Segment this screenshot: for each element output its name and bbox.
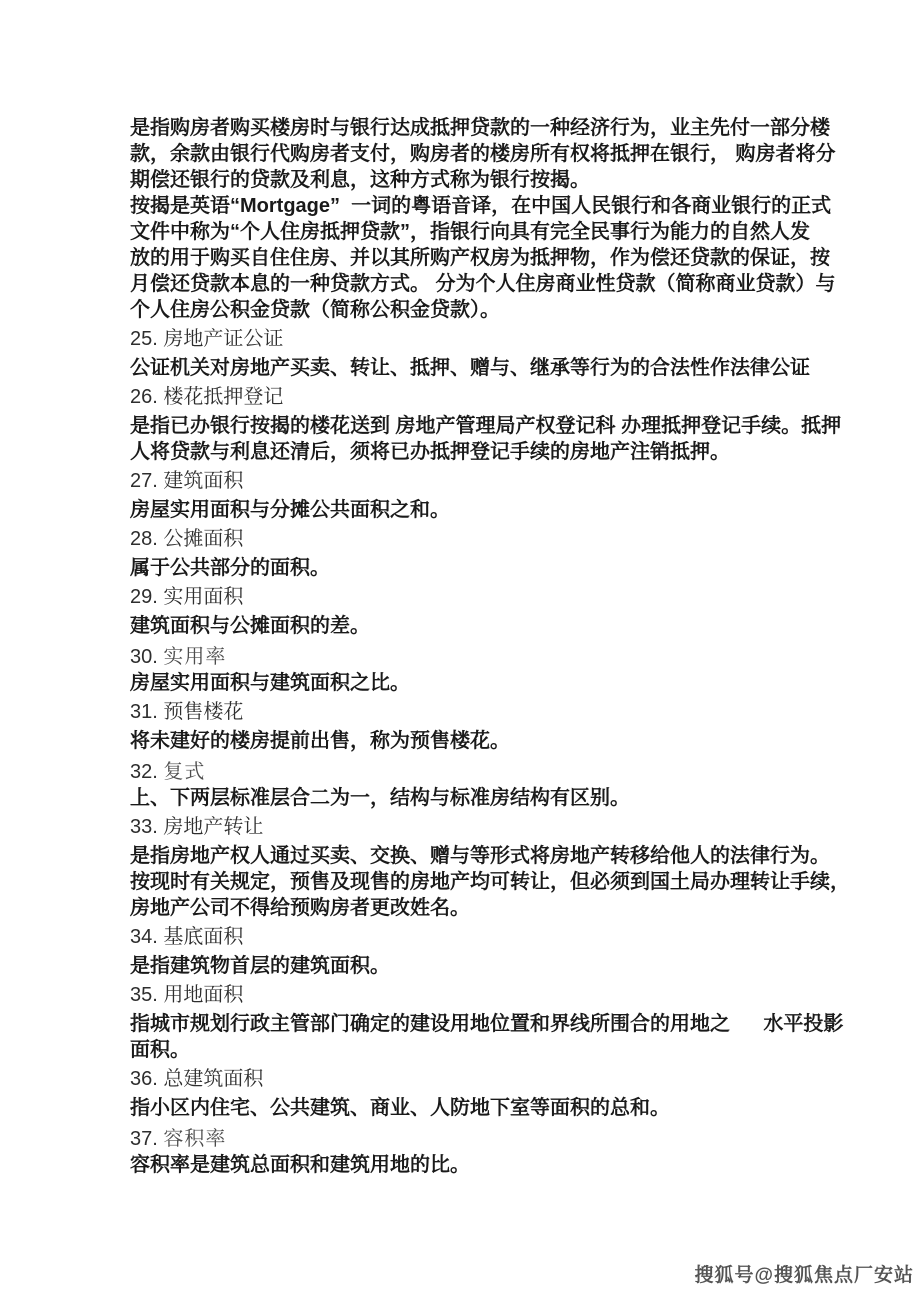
term-section-35: 35. 用地面积 指城市规划行政主管部门确定的建设用地位置和界线所围合的用地之 … [130,982,830,1063]
document-content: 是指购房者购买楼房时与银行达成抵押贷款的一种经济行为，业主先付一部分楼 款，余款… [130,115,830,1178]
term-number: 32. [130,761,158,783]
term-name: 预售楼花 [163,701,243,723]
term-heading: 30. 实用率 [130,644,830,670]
term-number: 27. [130,470,158,492]
term-section-31: 31. 预售楼花 将未建好的楼房提前出售，称为预售楼花。 [130,699,830,754]
term-name: 容积率 [163,1128,226,1150]
term-heading: 36. 总建筑面积 [130,1066,830,1092]
intro-paragraph: 是指购房者购买楼房时与银行达成抵押贷款的一种经济行为，业主先付一部分楼 款，余款… [130,115,830,323]
term-name: 房地产证公证 [163,328,283,350]
term-definition: 是指建筑物首层的建筑面积。 [130,953,830,979]
term-definition: 是指房地产权人通过买卖、交换、赠与等形式将房地产转移给他人的法律行为。 按现时有… [130,843,830,921]
term-definition: 房屋实用面积与建筑面积之比。 [130,670,830,696]
term-name: 用地面积 [163,984,243,1006]
term-definition: 指小区内住宅、公共建筑、商业、人防地下室等面积的总和。 [130,1095,830,1121]
term-heading: 27. 建筑面积 [130,468,830,494]
term-number: 31. [130,701,158,723]
term-number: 33. [130,816,158,838]
term-heading: 33. 房地产转让 [130,814,830,840]
term-name: 公摊面积 [163,528,243,550]
term-heading: 34. 基底面积 [130,924,830,950]
term-heading: 26. 楼花抵押登记 [130,384,830,410]
term-section-28: 28. 公摊面积 属于公共部分的面积。 [130,526,830,581]
term-section-34: 34. 基底面积 是指建筑物首层的建筑面积。 [130,924,830,979]
term-section-29: 29. 实用面积 建筑面积与公摊面积的差。 [130,584,830,639]
term-heading: 35. 用地面积 [130,982,830,1008]
term-definition: 指城市规划行政主管部门确定的建设用地位置和界线所围合的用地之 水平投影 面积。 [130,1011,830,1063]
term-name: 楼花抵押登记 [163,386,283,408]
term-section-36: 36. 总建筑面积 指小区内住宅、公共建筑、商业、人防地下室等面积的总和。 [130,1066,830,1121]
document-page: 是指购房者购买楼房时与银行达成抵押贷款的一种经济行为，业主先付一部分楼 款，余款… [0,0,920,1303]
term-number: 26. [130,386,158,408]
term-definition: 容积率是建筑总面积和建筑用地的比。 [130,1152,830,1178]
term-definition: 是指已办银行按揭的楼花送到 房地产管理局产权登记科 办理抵押登记手续。抵押 人将… [130,413,830,465]
term-name: 基底面积 [163,926,243,948]
term-name: 实用率 [163,646,226,668]
term-number: 35. [130,984,158,1006]
term-section-33: 33. 房地产转让 是指房地产权人通过买卖、交换、赠与等形式将房地产转移给他人的… [130,814,830,921]
term-section-30: 30. 实用率 房屋实用面积与建筑面积之比。 [130,644,830,696]
term-definition: 将未建好的楼房提前出售，称为预售楼花。 [130,728,830,754]
term-heading: 28. 公摊面积 [130,526,830,552]
term-heading: 29. 实用面积 [130,584,830,610]
term-name: 房地产转让 [163,816,263,838]
term-number: 29. [130,586,158,608]
term-definition: 建筑面积与公摊面积的差。 [130,613,830,639]
term-name: 复式 [163,761,205,783]
term-section-26: 26. 楼花抵押登记 是指已办银行按揭的楼花送到 房地产管理局产权登记科 办理抵… [130,384,830,465]
term-number: 30. [130,646,158,668]
term-name: 总建筑面积 [163,1068,263,1090]
term-heading: 31. 预售楼花 [130,699,830,725]
term-definition: 上、下两层标准层合二为一，结构与标准房结构有区别。 [130,785,830,811]
term-number: 34. [130,926,158,948]
term-number: 25. [130,328,158,350]
term-section-32: 32. 复式 上、下两层标准层合二为一，结构与标准房结构有区别。 [130,759,830,811]
term-definition: 属于公共部分的面积。 [130,555,830,581]
term-name: 建筑面积 [163,470,243,492]
term-heading: 25. 房地产证公证 [130,326,830,352]
term-definition: 房屋实用面积与分摊公共面积之和。 [130,497,830,523]
term-name: 实用面积 [163,586,243,608]
term-number: 37. [130,1128,158,1150]
sohu-watermark: 搜狐号@搜狐焦点厂安站 [694,1263,914,1289]
term-definition: 公证机关对房地产买卖、转让、抵押、赠与、继承等行为的合法性作法律公证 [130,355,830,381]
term-section-27: 27. 建筑面积 房屋实用面积与分摊公共面积之和。 [130,468,830,523]
term-section-25: 25. 房地产证公证 公证机关对房地产买卖、转让、抵押、赠与、继承等行为的合法性… [130,326,830,381]
term-number: 36. [130,1068,158,1090]
term-number: 28. [130,528,158,550]
term-heading: 37. 容积率 [130,1126,830,1152]
term-heading: 32. 复式 [130,759,830,785]
term-section-37: 37. 容积率 容积率是建筑总面积和建筑用地的比。 [130,1126,830,1178]
